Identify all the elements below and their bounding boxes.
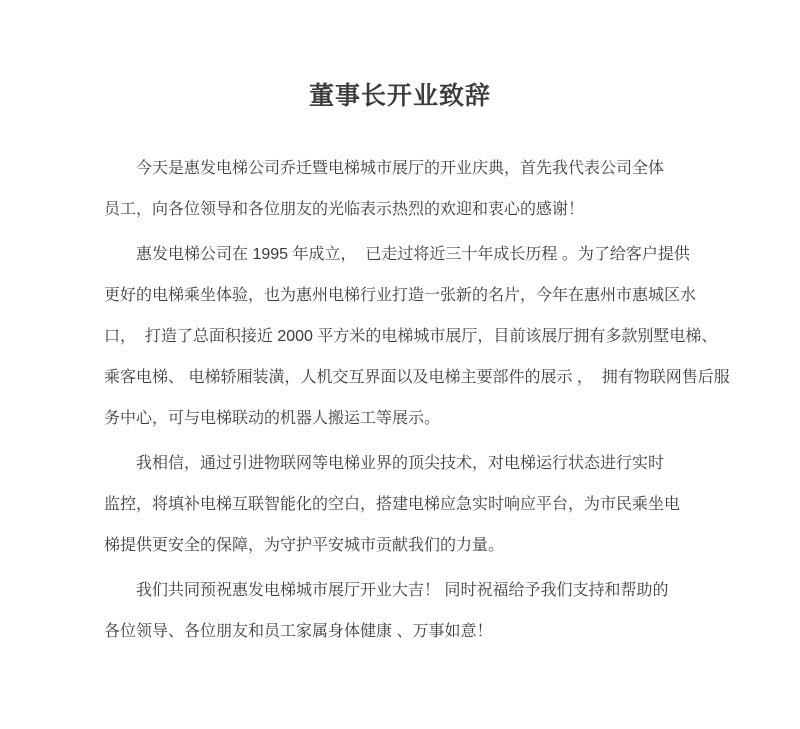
text-line: 惠发电梯公司在 1995 年成立， 已走过将近三十年成长历程 。为了给客户提供 [104,234,740,275]
text-line: 各位领导、各位朋友和员工家属身体健康 、万事如意！ [104,611,740,652]
text-line: 务中心，可与电梯联动的机器人搬运工等展示。 [104,398,740,439]
text-line: 我相信，通过引进物联网等电梯业界的顶尖技术，对电梯运行状态进行实时 [104,443,740,484]
text-line: 乘客电梯、 电梯轿厢装潢，人机交互界面以及电梯主要部件的展示 ， 拥有物联网售后… [104,357,740,398]
document-title: 董事长开业致辞 [0,81,800,111]
document-page: 董事长开业致辞 今天是惠发电梯公司乔迁暨电梯城市展厅的开业庆典，首先我代表公司全… [0,0,800,729]
paragraph: 今天是惠发电梯公司乔迁暨电梯城市展厅的开业庆典，首先我代表公司全体 员工，向各位… [104,148,740,230]
text-line: 监控，将填补电梯互联智能化的空白，搭建电梯应急实时响应平台，为市民乘坐电 [104,484,740,525]
paragraph: 我相信，通过引进物联网等电梯业界的顶尖技术，对电梯运行状态进行实时 监控，将填补… [104,443,740,566]
text-line: 梯提供更安全的保障，为守护平安城市贡献我们的力量。 [104,525,740,566]
text-line: 我们共同预祝惠发电梯城市展厅开业大吉！ 同时祝福给予我们支持和帮助的 [104,570,740,611]
text-line: 今天是惠发电梯公司乔迁暨电梯城市展厅的开业庆典，首先我代表公司全体 [104,148,740,189]
document-body: 今天是惠发电梯公司乔迁暨电梯城市展厅的开业庆典，首先我代表公司全体 员工，向各位… [0,148,800,652]
paragraph: 我们共同预祝惠发电梯城市展厅开业大吉！ 同时祝福给予我们支持和帮助的 各位领导、… [104,570,740,652]
text-line: 更好的电梯乘坐体验，也为惠州电梯行业打造一张新的名片，今年在惠州市惠城区水 [104,275,740,316]
text-line: 员工，向各位领导和各位朋友的光临表示热烈的欢迎和衷心的感谢！ [104,189,740,230]
paragraph: 惠发电梯公司在 1995 年成立， 已走过将近三十年成长历程 。为了给客户提供 … [104,234,740,439]
text-line: 口， 打造了总面积接近 2000 平方米的电梯城市展厅，目前该展厅拥有多款别墅电… [104,316,740,357]
